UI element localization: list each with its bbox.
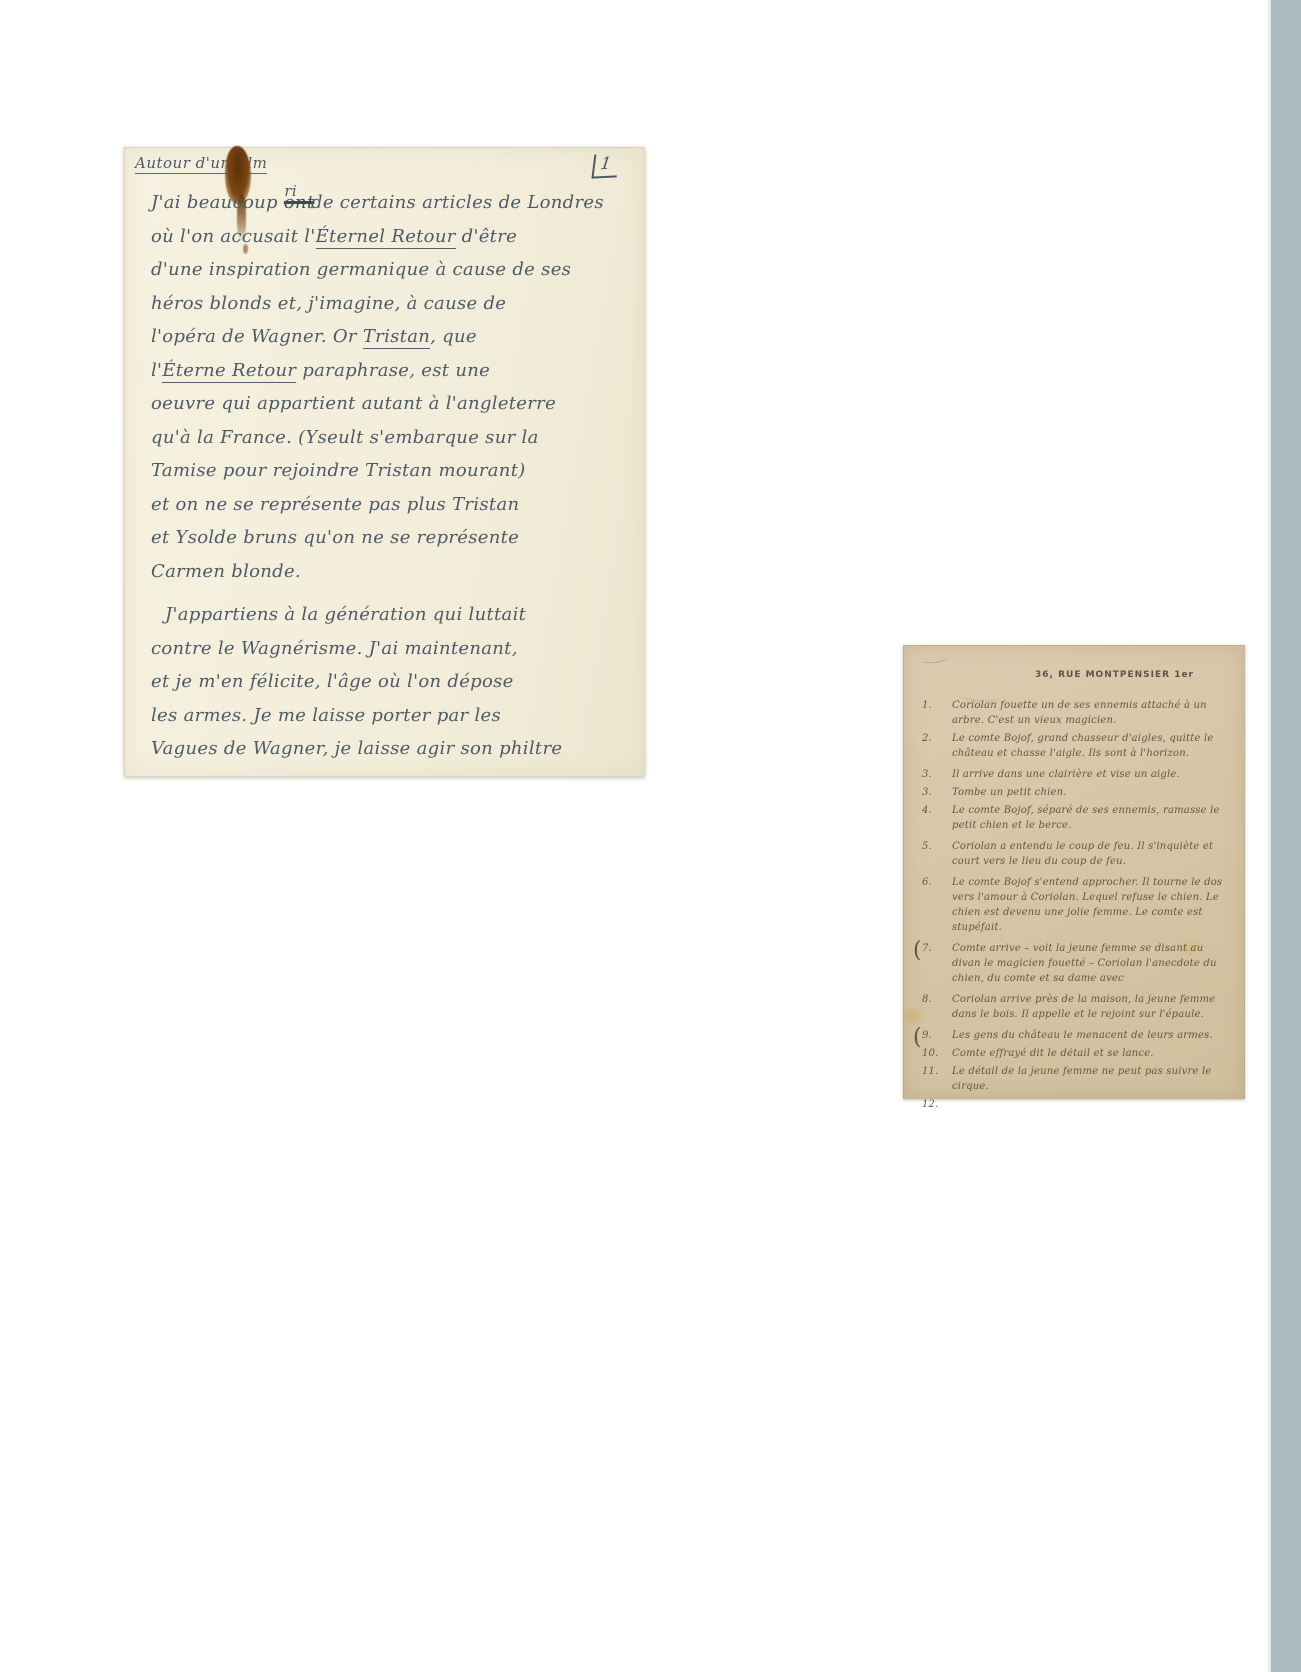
text-segment: et on ne se représente pas plus Tristan [151,494,519,515]
scenario-item: 12. [922,1097,1226,1112]
scenario-item: 11.Le détail de la jeune femme ne peut p… [922,1064,1226,1094]
manuscript-line: et Ysolde bruns qu'on ne se représente [151,521,634,555]
item-text: Le comte Bojof, séparé de ses ennemis, r… [944,803,1226,833]
scenario-item: 8.Coriolan arrive près de la maison, la … [922,992,1226,1022]
text-segment: Tamise pour rejoindre Tristan mourant) [151,460,526,481]
scanned-document-canvas: { "decor": { "stripe_color": "#a9bac1", … [0,0,1301,1672]
text-segment: l'opéra de Wagner. Or [151,326,363,347]
item-text: Le détail de la jeune femme ne peut pas … [944,1064,1226,1094]
right-margin-stripe [1268,0,1301,1672]
item-number: 10. [922,1046,944,1061]
manuscript-line: J'ai beaucoup ontri de certains articles… [151,186,634,220]
item-number: 3. [922,767,944,782]
text-segment: paraphrase, est une [296,360,490,381]
item-text: Coriolan a entendu le coup de feu. Il s'… [944,839,1226,869]
manuscript-line: d'une inspiration germanique à cause de … [151,253,634,287]
text-segment: J'appartiens à la génération qui luttait [165,604,526,625]
text-segment: d'une inspiration germanique à cause de … [151,259,571,280]
scenario-item: 2.Le comte Bojof, grand chasseur d'aigle… [922,731,1226,761]
scenario-item: 3.Tombe un petit chien. [922,785,1226,800]
manuscript-line: l'opéra de Wagner. Or Tristan, que [151,320,634,354]
inserted-word: ri [284,175,297,209]
item-text: Tombe un petit chien. [944,785,1226,800]
manuscript-text-block: J'ai beaucoup ontri de certains articles… [151,186,634,766]
text-segment: Vagues de Wagner, je laisse agir son phi… [151,738,562,759]
manuscript-page-2: 36, RUE MONTPENSIER 1er 1.Coriolan fouet… [903,645,1245,1099]
manuscript-line: Carmen blonde. [151,555,634,589]
scenario-item: 1.Coriolan fouette un de ses ennemis att… [922,698,1226,728]
scenario-item: 5.Coriolan a entendu le coup de feu. Il … [922,839,1226,869]
text-segment: où l'on accusait l' [151,226,316,247]
scenario-item: 4.Le comte Bojof, séparé de ses ennemis,… [922,803,1226,833]
manuscript-line: Tamise pour rejoindre Tristan mourant) [151,454,634,488]
page-title: Autour d'un film [135,154,267,174]
item-text: Comte arrive – voit la jeune femme se di… [944,941,1226,986]
pencil-scribble [922,652,949,665]
text-segment: qu'à la France. (Yseult s'embarque sur l… [151,427,539,448]
text-segment: et Ysolde bruns qu'on ne se représente [151,527,519,548]
text-segment: les armes. Je me laisse porter par les [151,705,501,726]
manuscript-line: l'Éterne Retour paraphrase, est une [151,354,634,388]
item-number: 11. [922,1064,944,1094]
item-text: Il arrive dans une clairière et vise un … [944,767,1226,782]
manuscript-line: les armes. Je me laisse porter par les [151,699,634,733]
item-text: Coriolan fouette un de ses ennemis attac… [944,698,1226,728]
manuscript-line: Vagues de Wagner, je laisse agir son phi… [151,732,634,766]
scenario-item: (7.Comte arrive – voit la jeune femme se… [922,941,1226,986]
text-segment: contre le Wagnérisme. J'ai maintenant, [151,638,518,659]
scenario-item: 10.Comte effrayé dit le détail et se lan… [922,1046,1226,1061]
item-text: Le comte Bojof s'entend approcher. Il to… [944,875,1226,935]
underlined-word: Tristan [363,326,430,349]
manuscript-line: et on ne se représente pas plus Tristan [151,488,634,522]
text-segment: l' [151,360,162,381]
scenario-item: (9.Les gens du château le menacent de le… [922,1028,1226,1043]
text-segment: , que [430,326,477,347]
manuscript-line: où l'on accusait l'Éternel Retour d'être [151,220,634,254]
manuscript-line: contre le Wagnérisme. J'ai maintenant, [151,632,634,666]
item-number: 6. [922,875,944,935]
item-text: Coriolan arrive près de la maison, la je… [944,992,1226,1022]
item-number: 9. [922,1028,944,1043]
item-number: 4. [922,803,944,833]
item-text: Les gens du château le menacent de leurs… [944,1028,1226,1043]
manuscript-line: héros blonds et, j'imagine, à cause de [151,287,634,321]
text-segment: et je m'en félicite, l'âge où l'on dépos… [151,671,514,692]
underlined-word: Éternel Retour [316,226,456,249]
bracket-mark: ( [913,938,922,963]
item-number: 5. [922,839,944,869]
page-number-bracket: 1 [592,153,620,178]
scenario-item: 6.Le comte Bojof s'entend approcher. Il … [922,875,1226,935]
item-text: Comte effrayé dit le détail et se lance. [944,1046,1226,1061]
item-number: 3. [922,785,944,800]
item-number: 2. [922,731,944,761]
manuscript-line: oeuvre qui appartient autant à l'anglete… [151,387,634,421]
text-segment: oeuvre qui appartient autant à l'anglete… [151,393,556,414]
item-text: Le comte Bojof, grand chasseur d'aigles,… [944,731,1226,761]
letterhead-address: 36, RUE MONTPENSIER 1er [1035,670,1194,680]
manuscript-line: et je m'en félicite, l'âge où l'on dépos… [151,665,634,699]
text-segment: J'ai beaucoup [151,192,284,213]
item-number: 1. [922,698,944,728]
text-segment: héros blonds et, j'imagine, à cause de [151,293,506,314]
text-segment: Carmen blonde. [151,561,301,582]
item-number: 7. [922,941,944,986]
bracket-mark: ( [913,1025,922,1050]
item-number: 12. [922,1097,944,1112]
manuscript-line: J'appartiens à la génération qui luttait [151,598,634,632]
item-number: 8. [922,992,944,1022]
manuscript-line: qu'à la France. (Yseult s'embarque sur l… [151,421,634,455]
page-number: 1 [593,154,618,178]
text-segment: de certains articles de Londres [305,192,604,213]
scenario-item: 3.Il arrive dans une clairière et vise u… [922,767,1226,782]
item-text [944,1097,1226,1112]
scenario-list: 1.Coriolan fouette un de ses ennemis att… [922,698,1226,1115]
underlined-word: Éterne Retour [162,360,296,383]
text-segment: d'être [456,226,517,247]
manuscript-page-1: Autour d'un film 1 J'ai beaucoup ontri d… [124,147,645,777]
